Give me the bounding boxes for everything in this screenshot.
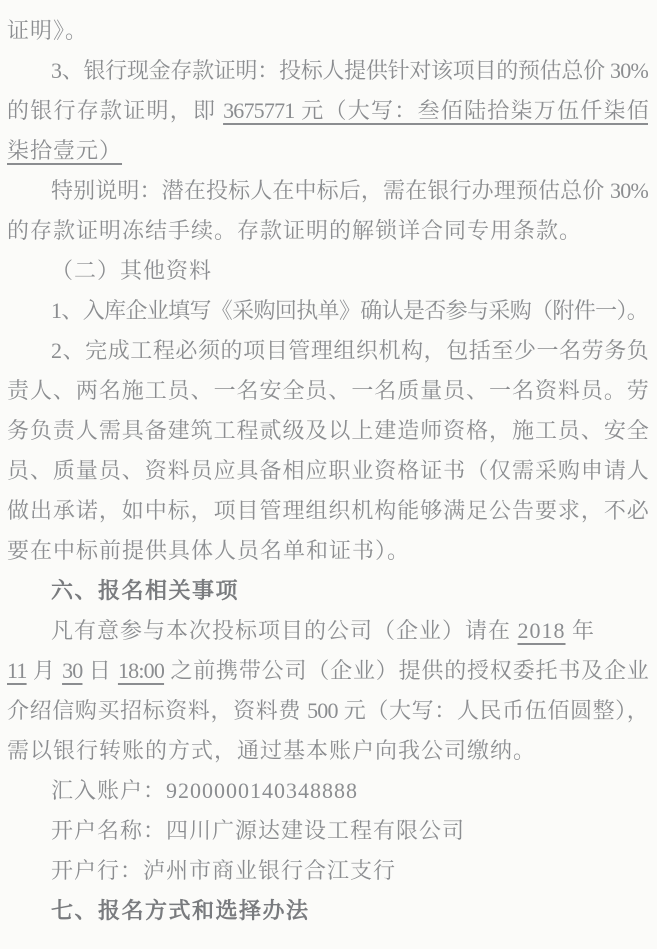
remit-account-value: 汇入账户：9200000140348888 — [51, 778, 358, 803]
bank-branch-value: 开户行：泸州市商业银行合江支行 — [51, 858, 396, 883]
section-title: 七、报名方式和选择办法 — [51, 898, 310, 923]
deadline-time-underlined: 18:00 — [118, 658, 164, 683]
text-segment: 的存款证明冻结手续。存款证明的解锁详合同专用条款。 — [7, 218, 582, 243]
line-item2-org-4: 员、质量员、资料员应具备相应职业资格证书（仅需采购申请人 — [7, 451, 648, 491]
text-segment: 做出承诺，如中标，项目管理组织机构能够满足公告要求，不必 — [7, 498, 648, 523]
line-special-note-1: 特别说明：潜在投标人在中标后，需在银行办理预估总价 30% — [7, 171, 648, 211]
line-item2-org-2: 责人、两名施工员、一名安全员、一名质量员、一名资料员。劳 — [7, 371, 648, 411]
text-segment: 年 — [566, 618, 596, 643]
line-registration-3: 介绍信购买招标资料，资料费 500 元（大写：人民币伍佰圆整）， — [7, 691, 648, 731]
text-segment: 2、完成工程必须的项目管理组织机构，包括至少一名劳务负 — [51, 338, 648, 363]
text-segment: 的银行存款证明，即 — [7, 98, 223, 123]
line-certificate-continuation: 证明》。 — [7, 11, 648, 51]
heading-section-six: 六、报名相关事项 — [7, 571, 648, 611]
line-item2-org-5: 做出承诺，如中标，项目管理组织机构能够满足公告要求，不必 — [7, 491, 648, 531]
line-registration-1: 凡有意参与本次投标项目的公司（企业）请在 2018 年 — [7, 611, 648, 651]
text-segment: 需以银行转账的方式，通过基本账户向我公司缴纳。 — [7, 738, 536, 763]
line-item2-org-6: 要在中标前提供具体人员名单和证书）。 — [7, 531, 648, 571]
text-segment: 月 — [27, 658, 62, 683]
line-registration-4: 需以银行转账的方式，通过基本账户向我公司缴纳。 — [7, 731, 648, 771]
text-segment: 务负责人需具备建筑工程贰级及以上建造师资格，施工员、安全 — [7, 418, 648, 443]
deadline-day-underlined: 30 — [62, 658, 82, 683]
text-segment: 3、银行现金存款证明：投标人提供针对该项目的预估总价 30% — [51, 58, 648, 83]
line-bank-branch: 开户行：泸州市商业银行合江支行 — [7, 851, 648, 891]
document-page: 证明》。 3、银行现金存款证明：投标人提供针对该项目的预估总价 30% 的银行存… — [0, 0, 657, 949]
text-segment: 之前携带公司（企业）提供的授权委托书及企业 — [164, 658, 648, 683]
text-segment: 要在中标前提供具体人员名单和证书）。 — [7, 538, 410, 563]
line-bank-deposit-3: 柒拾壹元） — [7, 131, 648, 171]
account-name-value: 开户名称：四川广源达建设工程有限公司 — [51, 818, 465, 843]
deadline-year-underlined: 2018 — [518, 618, 566, 643]
line-remit-account: 汇入账户：9200000140348888 — [7, 771, 648, 811]
line-account-name: 开户名称：四川广源达建设工程有限公司 — [7, 811, 648, 851]
text-segment: （二）其他资料 — [51, 258, 212, 283]
line-item2-org-3: 务负责人需具备建筑工程贰级及以上建造师资格，施工员、安全 — [7, 411, 648, 451]
text-segment: 员、质量员、资料员应具备相应职业资格证书（仅需采购申请人 — [7, 458, 648, 483]
line-other-materials-subheading: （二）其他资料 — [7, 251, 648, 291]
text-segment: 1、入库企业填写《采购回执单》确认是否参与采购（附件一）。 — [51, 298, 648, 323]
line-item2-org-1: 2、完成工程必须的项目管理组织机构，包括至少一名劳务负 — [7, 331, 648, 371]
text-segment: 责人、两名施工员、一名安全员、一名质量员、一名资料员。劳 — [7, 378, 648, 403]
text-segment: 特别说明：潜在投标人在中标后，需在银行办理预估总价 30% — [51, 178, 648, 203]
text-segment: 凡有意参与本次投标项目的公司（企业）请在 — [51, 618, 518, 643]
deposit-amount-words-underlined: 柒拾壹元） — [7, 138, 122, 163]
heading-section-seven: 七、报名方式和选择办法 — [7, 891, 648, 931]
line-registration-2: 11 月 30 日 18:00 之前携带公司（企业）提供的授权委托书及企业 — [7, 651, 648, 691]
text-segment: 日 — [82, 658, 117, 683]
deposit-amount-underlined: 3675771 元（大写：叁佰陆拾柒万伍仟柒佰 — [223, 98, 648, 123]
text-segment: 介绍信购买招标资料，资料费 500 元（大写：人民币伍佰圆整）， — [7, 698, 648, 723]
deadline-month-underlined: 11 — [7, 658, 27, 683]
line-bank-deposit-1: 3、银行现金存款证明：投标人提供针对该项目的预估总价 30% — [7, 51, 648, 91]
text-segment: 证明》。 — [7, 18, 88, 43]
line-bank-deposit-2: 的银行存款证明，即 3675771 元（大写：叁佰陆拾柒万伍仟柒佰 — [7, 91, 648, 131]
line-item1-receipt: 1、入库企业填写《采购回执单》确认是否参与采购（附件一）。 — [7, 291, 648, 331]
line-special-note-2: 的存款证明冻结手续。存款证明的解锁详合同专用条款。 — [7, 211, 648, 251]
section-title: 六、报名相关事项 — [51, 578, 239, 603]
